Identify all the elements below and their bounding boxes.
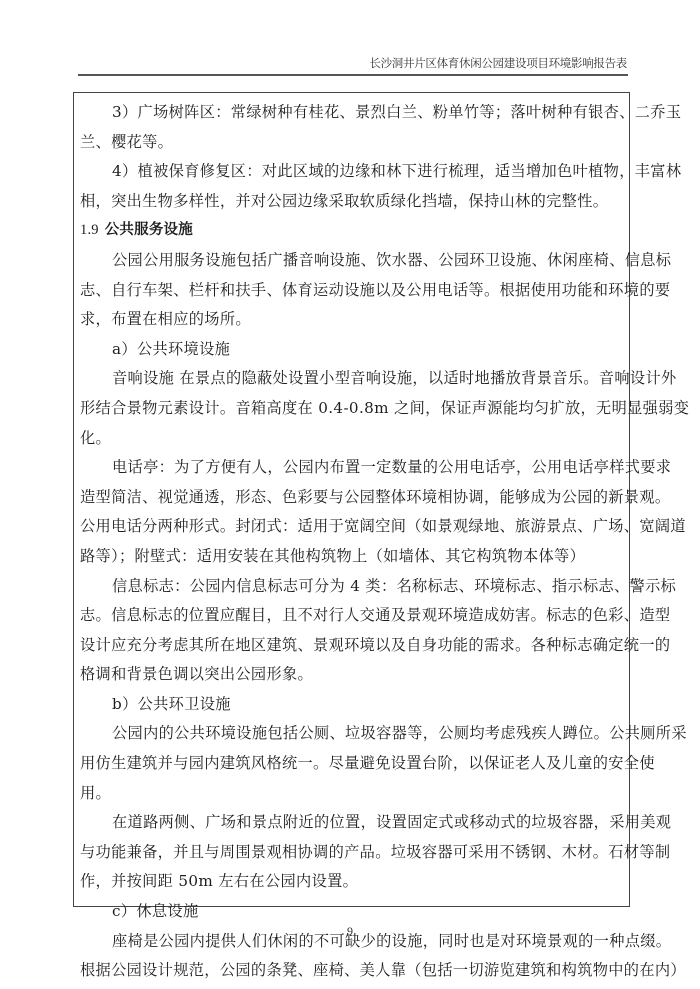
paragraph-line: 公用电话分两种形式。封闭式：适用于宽阔空间（如景观绿地、旅游景点、广场、宽阔道 bbox=[80, 512, 626, 542]
header-divider bbox=[78, 74, 628, 76]
paragraph-line: 电话亭：为了方便有人，公园内布置一定数量的公用电话亭，公用电话亭样式要求 bbox=[80, 453, 626, 483]
page-number: 9 bbox=[0, 924, 700, 939]
paragraph-line: b）公共环卫设施 bbox=[80, 690, 626, 720]
paragraph-line: 作，并按间距 50m 左右在公园内设置。 bbox=[80, 867, 626, 897]
paragraph-line: 兰、樱花等。 bbox=[80, 128, 626, 158]
paragraph-line: a）公共环境设施 bbox=[80, 335, 626, 365]
section-heading: 1.9公共服务设施 bbox=[80, 216, 626, 246]
paragraph-line: 4）植被保育修复区：对此区域的边缘和林下进行梳理，适当增加色叶植物，丰富林 bbox=[80, 157, 626, 187]
paragraph-line: 根据公园设计规范，公园的条凳、座椅、美人靠（包括一切游览建筑和构筑物中的在内） bbox=[80, 956, 626, 986]
paragraph-line: 设计应充分考虑其所在地区建筑、景观环境以及自身功能的需求。各种标志确定统一的 bbox=[80, 631, 626, 661]
paragraph-line: 形结合景物元素设计。音箱高度在 0.4-0.8m 之间，保证声源能均匀扩放，无明… bbox=[80, 394, 626, 424]
paragraph-line: 公园公用服务设施包括广播音响设施、饮水器、公园环卫设施、休闲座椅、信息标 bbox=[80, 246, 626, 276]
paragraph-line: 志、自行车架、栏杆和扶手、体育运动设施以及公用电话等。根据使用功能和环境的要 bbox=[80, 276, 626, 306]
paragraph-line: 用。 bbox=[80, 779, 626, 809]
body-text: 3）广场树阵区：常绿树种有桂花、景烈白兰、粉单竹等；落叶树种有银杏、二乔玉兰、樱… bbox=[80, 98, 626, 986]
paragraph-line: 信息标志：公园内信息标志可分为 4 类：名称标志、环境标志、指示标志、警示标 bbox=[80, 572, 626, 602]
paragraph-line: 求，布置在相应的场所。 bbox=[80, 305, 626, 335]
paragraph-line: 志。信息标志的位置应醒目，且不对行人交通及景观环境造成妨害。标志的色彩、造型 bbox=[80, 601, 626, 631]
paragraph-line: 与功能兼备，并且与周围景观相协调的产品。垃圾容器可采用不锈钢、木材。石材等制 bbox=[80, 838, 626, 868]
paragraph-line: 3）广场树阵区：常绿树种有桂花、景烈白兰、粉单竹等；落叶树种有银杏、二乔玉 bbox=[80, 98, 626, 128]
paragraph-line: 公园内的公共环境设施包括公厕、垃圾容器等，公厕均考虑残疾人蹲位。公共厕所采 bbox=[80, 719, 626, 749]
content-table-cell: 3）广场树阵区：常绿树种有桂花、景烈白兰、粉单竹等；落叶树种有银杏、二乔玉兰、樱… bbox=[73, 92, 630, 907]
section-number: 1.9 bbox=[80, 222, 99, 238]
paragraph-line: c）休息设施 bbox=[80, 897, 626, 927]
paragraph-line: 音响设施 在景点的隐蔽处设置小型音响设施，以适时地播放背景音乐。音响设计外 bbox=[80, 364, 626, 394]
paragraph-line: 在道路两侧、广场和景点附近的位置，设置固定式或移动式的垃圾容器，采用美观 bbox=[80, 808, 626, 838]
paragraph-line: 相，突出生物多样性，并对公园边缘采取软质绿化挡墙，保持山林的完整性。 bbox=[80, 187, 626, 217]
paragraph-line: 化。 bbox=[80, 424, 626, 454]
paragraph-line: 格调和背景色调以突出公园形象。 bbox=[80, 660, 626, 690]
section-title: 公共服务设施 bbox=[105, 222, 193, 238]
paragraph-line: 造型简洁、视觉通透，形态、色彩要与公园整体环境相协调，能够成为公园的新景观。 bbox=[80, 483, 626, 513]
paragraph-line: 路等）；附壁式：适用安装在其他构筑物上（如墙体、其它构筑物本体等） bbox=[80, 542, 626, 572]
paragraph-line: 用仿生建筑并与园内建筑风格统一。尽量避免设置台阶，以保证老人及儿童的安全使 bbox=[80, 749, 626, 779]
document-header-title: 长沙洞井片区体育休闲公园建设项目环境影响报告表 bbox=[360, 55, 627, 71]
